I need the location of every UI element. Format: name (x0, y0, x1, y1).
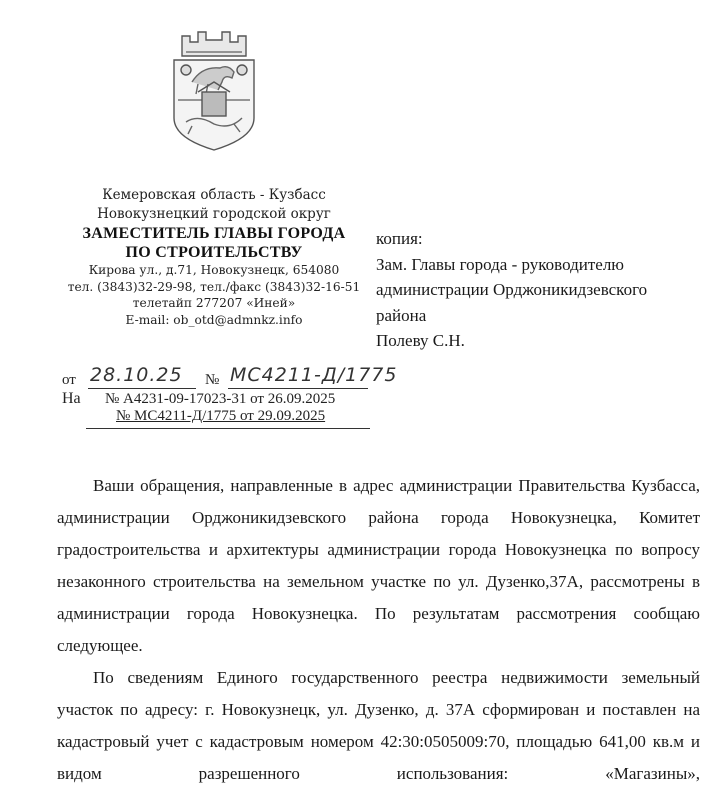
copy-label: копия: (376, 226, 647, 252)
body-paragraph-1: Ваши обращения, направленные в адрес адм… (57, 470, 700, 662)
header-address: Кирова ул., д.71, Новокузнецк, 654080 (55, 262, 373, 279)
date-underline (88, 388, 196, 389)
header-title-line2: ПО СТРОИТЕЛЬСТВУ (55, 243, 373, 262)
copy-recipient: копия: Зам. Главы города - руководителю … (376, 226, 647, 354)
date-handwritten: 28.10.25 (90, 364, 183, 386)
copy-line: района (376, 303, 647, 329)
body-paragraph-2: По сведениям Единого государственного ре… (57, 662, 700, 790)
reply-underline (86, 428, 370, 429)
reply-ref-1: № А4231-09-17023-31 от 26.09.2025 (105, 391, 335, 408)
reply-ref-2: № МС4211-Д/1775 от 29.09.2025 (116, 408, 325, 425)
number-label: № (205, 372, 219, 389)
header-phones: тел. (3843)32-29-98, тел./факс (3843)32-… (55, 279, 373, 296)
copy-line: администрации Орджоникидзевского (376, 277, 647, 303)
number-handwritten: МС4211-Д/1775 (230, 364, 397, 386)
letterhead: Кемеровская область - Кузбасс Новокузнец… (55, 186, 373, 328)
reply-label: На (62, 390, 81, 408)
header-district: Новокузнецкий городской округ (55, 205, 373, 224)
header-teletype: телетайп 277207 «Иней» (55, 295, 373, 312)
number-underline (228, 388, 368, 389)
header-email: E-mail: ob_otd@admnkz.info (55, 312, 373, 329)
letter-body: Ваши обращения, направленные в адрес адм… (57, 470, 700, 790)
header-region: Кемеровская область - Кузбасс (55, 186, 373, 205)
copy-line: Зам. Главы города - руководителю (376, 252, 647, 278)
header-title-line1: ЗАМЕСТИТЕЛЬ ГЛАВЫ ГОРОДА (55, 224, 373, 243)
city-coat-of-arms-icon (168, 26, 260, 156)
copy-line: Полеву С.Н. (376, 328, 647, 354)
from-label: от (62, 372, 76, 389)
